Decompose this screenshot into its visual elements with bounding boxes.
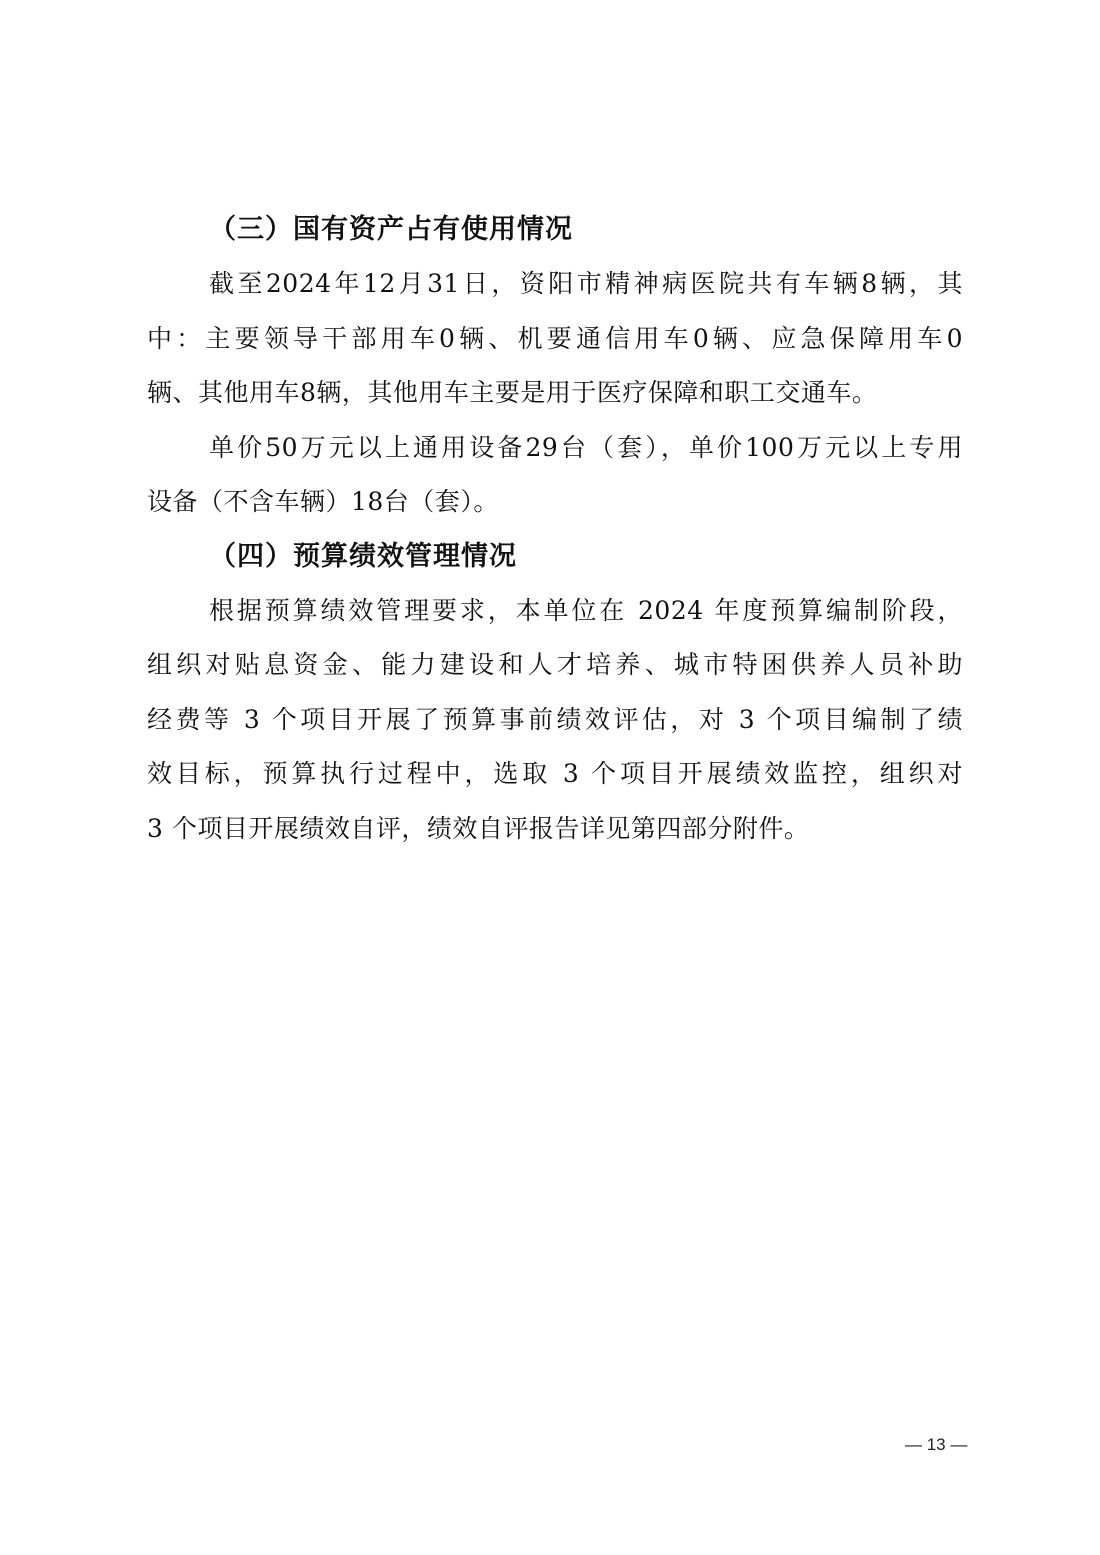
paragraph-vehicles: 截至2024年12月31日，资阳市精神病医院共有车辆8辆，其 中：主要领导干部用…: [147, 257, 963, 421]
text-line: 辆、其他用车8辆，其他用车主要是用于医疗保障和职工交通车。: [147, 366, 963, 421]
text-line: 根据预算绩效管理要求，本单位在 2024 年度预算编制阶段，: [147, 584, 963, 639]
text-line: 3 个项目开展绩效自评，绩效自评报告详见第四部分附件。: [147, 802, 963, 857]
page-content: （三）国有资产占有使用情况 截至2024年12月31日，资阳市精神病医院共有车辆…: [147, 203, 963, 856]
text-line: 经费等 3 个项目开展了预算事前绩效评估，对 3 个项目编制了绩: [147, 693, 963, 748]
paragraph-equipment: 单价50万元以上通用设备29台（套），单价100万元以上专用 设备（不含车辆）1…: [147, 421, 963, 530]
text-line: 单价50万元以上通用设备29台（套），单价100万元以上专用: [147, 421, 963, 476]
paragraph-performance: 根据预算绩效管理要求，本单位在 2024 年度预算编制阶段， 组织对贴息资金、能…: [147, 584, 963, 857]
text-line: 效目标，预算执行过程中，选取 3 个项目开展绩效监控，组织对: [147, 747, 963, 802]
section-heading-assets: （三）国有资产占有使用情况: [147, 203, 963, 257]
text-line: 中：主要领导干部用车0辆、机要通信用车0辆、应急保障用车0: [147, 312, 963, 367]
text-line: 设备（不含车辆）18台（套）。: [147, 475, 963, 530]
page-number: — 13 —: [905, 1435, 967, 1455]
document-page: （三）国有资产占有使用情况 截至2024年12月31日，资阳市精神病医院共有车辆…: [0, 0, 1100, 1555]
text-line: 组织对贴息资金、能力建设和人才培养、城市特困供养人员补助: [147, 638, 963, 693]
text-line: 截至2024年12月31日，资阳市精神病医院共有车辆8辆，其: [147, 257, 963, 312]
section-heading-performance: （四）预算绩效管理情况: [147, 530, 963, 584]
